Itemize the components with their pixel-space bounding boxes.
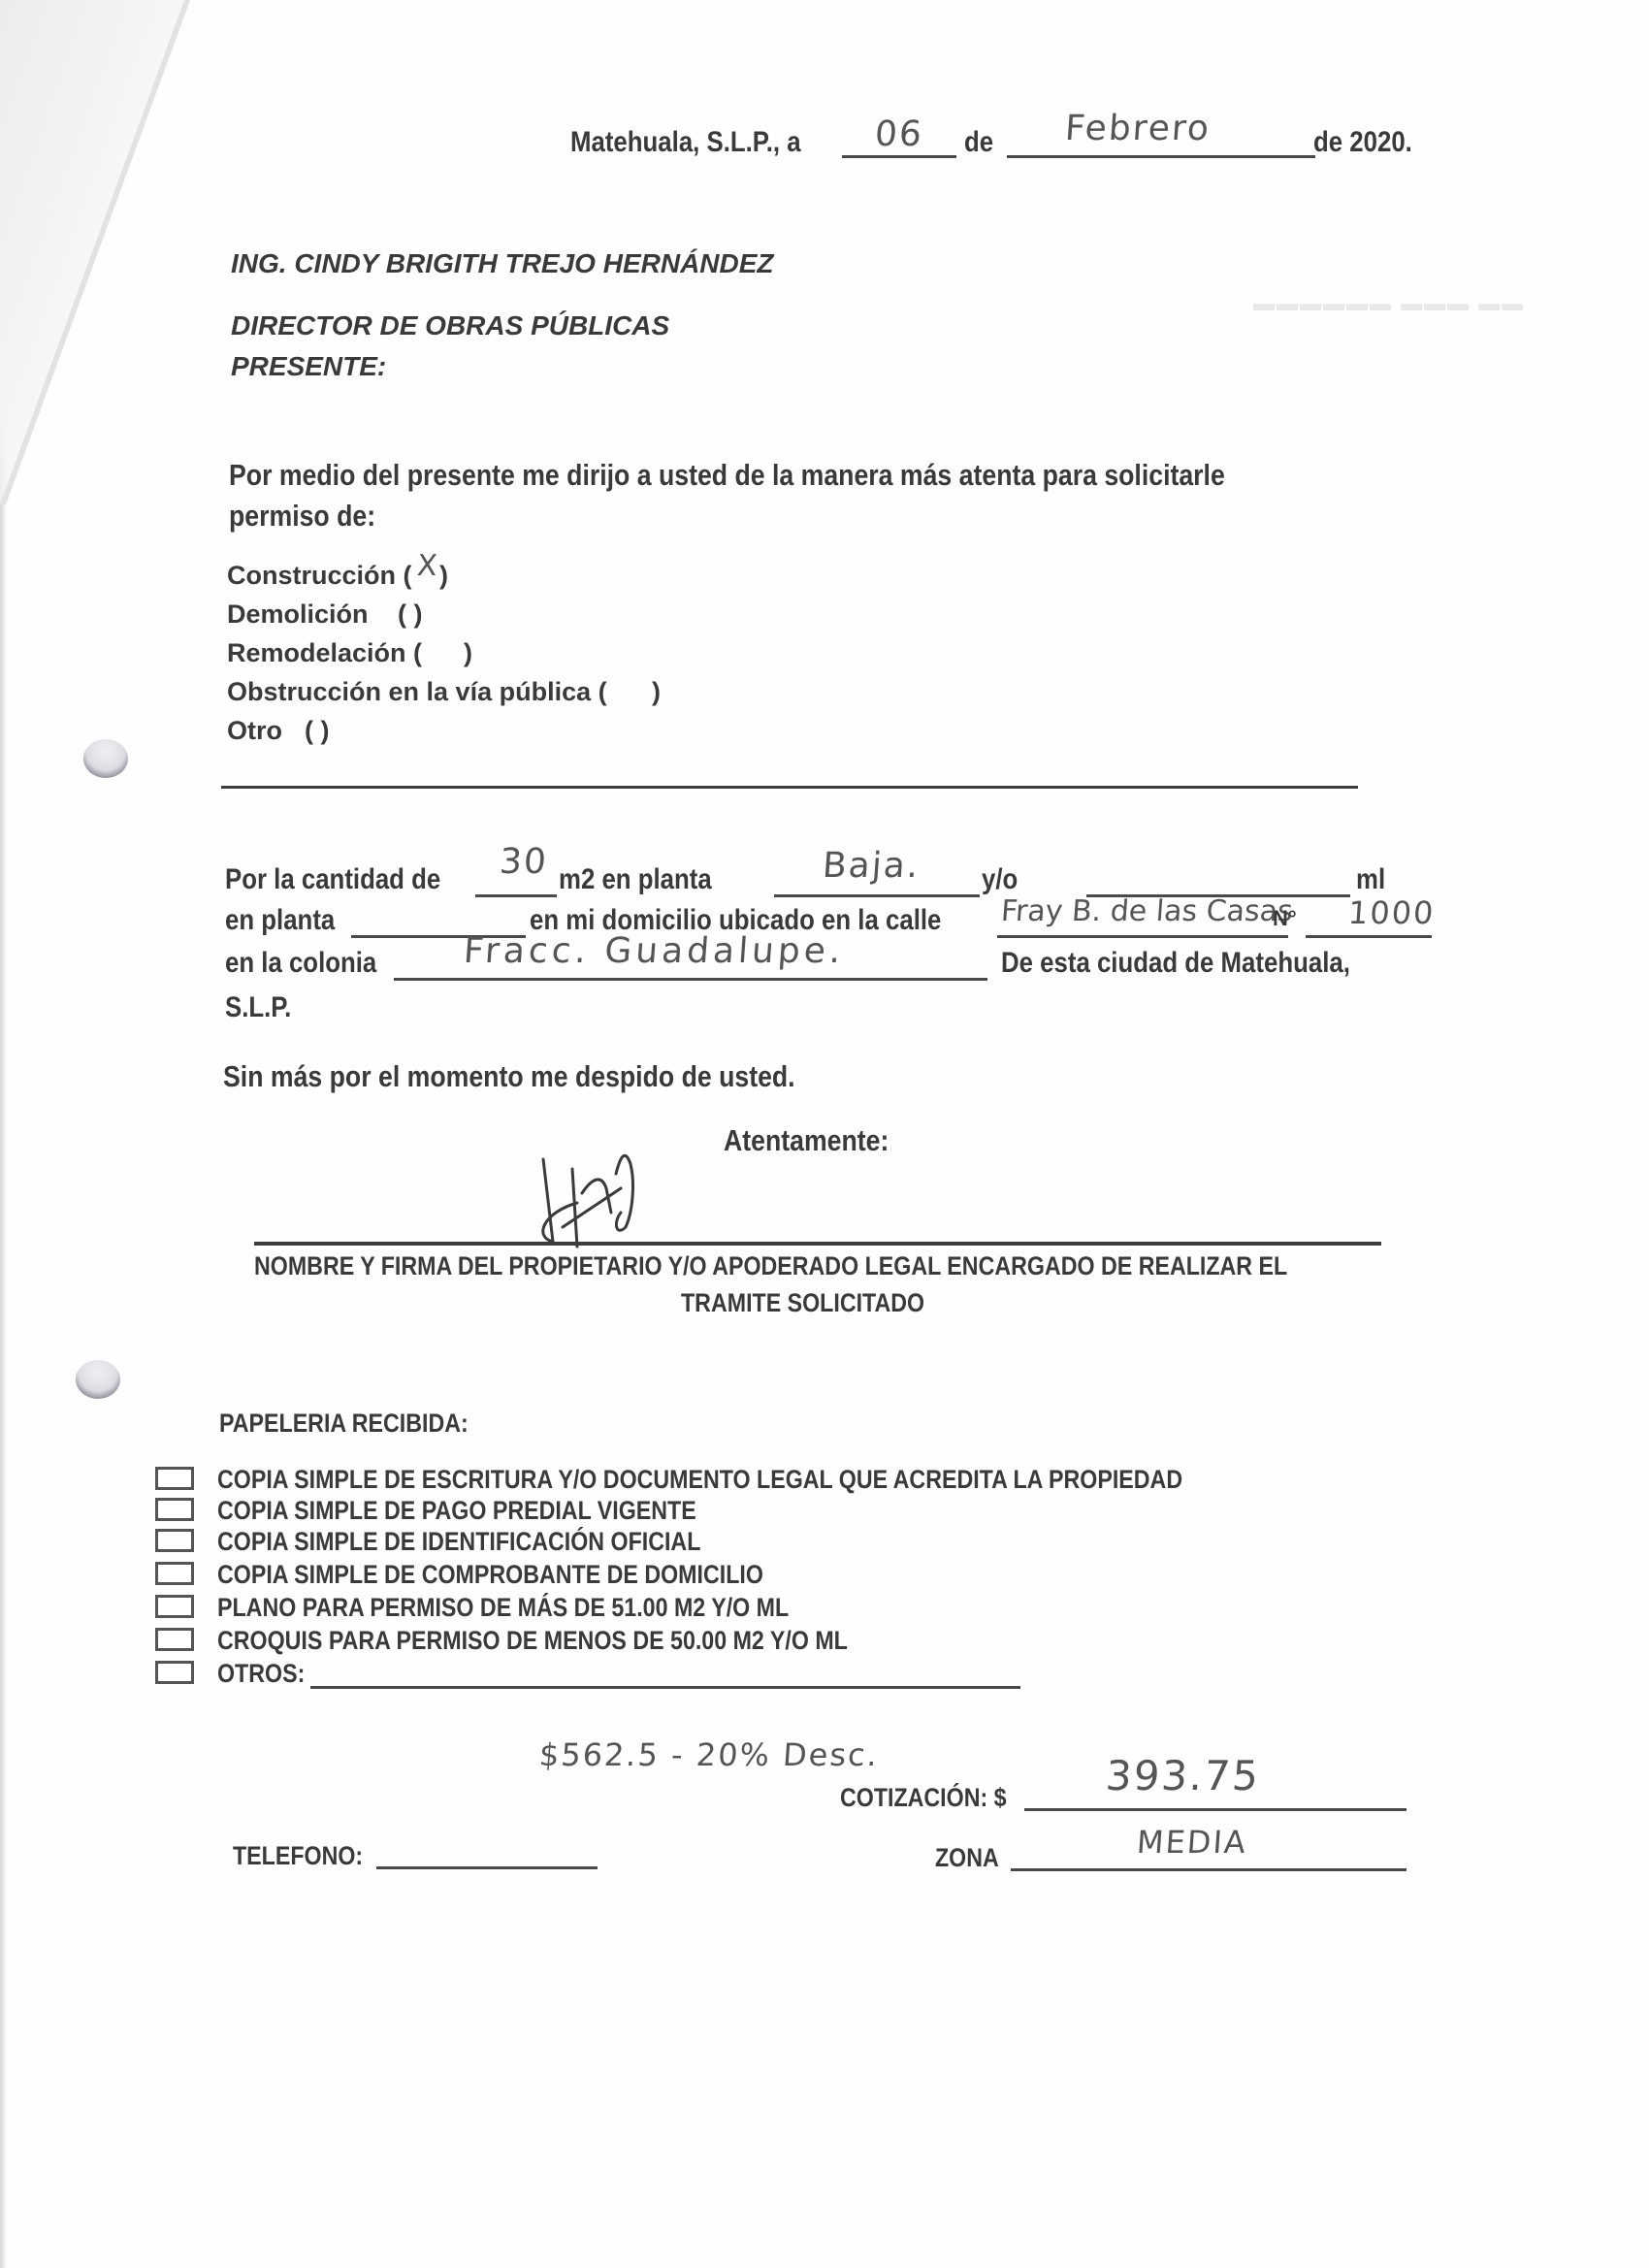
planta2-label: en planta	[225, 904, 335, 937]
permit-close: )	[652, 677, 661, 707]
place-prefix: Matehuala, S.L.P., a	[570, 126, 801, 159]
unit-planta-label: m2 en planta	[559, 863, 712, 896]
planta-value: Baja.	[822, 846, 921, 886]
number-value: 1000	[1347, 894, 1437, 931]
permit-label: Obstrucción en la vía pública (	[227, 677, 607, 707]
hole-punch-top	[83, 739, 128, 778]
checkbox[interactable]	[155, 1498, 194, 1521]
checkbox[interactable]	[155, 1628, 194, 1651]
ml-label: ml	[1356, 863, 1385, 896]
permit-label: Construcción (	[227, 561, 412, 591]
checkbox[interactable]	[155, 1595, 194, 1618]
hole-punch-bottom	[76, 1360, 120, 1399]
intro-line-2: permiso de:	[229, 499, 375, 534]
intro-line-1: Por medio del presente me dirijo a usted…	[229, 458, 1225, 493]
papeleria-label: COPIA SIMPLE DE COMPROBANTE DE DOMICILIO	[217, 1560, 763, 1590]
papeleria-heading: PAPELERIA RECIBIDA:	[219, 1409, 469, 1439]
signature-line[interactable]	[254, 1242, 1381, 1246]
city-suffix: De esta ciudad de Matehuala,	[1001, 947, 1350, 980]
papeleria-label: CROQUIS PARA PERMISO DE MENOS DE 50.00 M…	[217, 1626, 848, 1656]
papeleria-label: COPIA SIMPLE DE ESCRITURA Y/O DOCUMENTO …	[217, 1465, 1182, 1495]
telefono-field[interactable]	[376, 1866, 598, 1869]
colonia-label: en la colonia	[225, 947, 376, 980]
signature-icon	[524, 1135, 660, 1251]
yo-label: y/o	[982, 863, 1018, 896]
number-label: N°	[1273, 906, 1297, 931]
amount-value: 30	[499, 842, 550, 882]
permit-label: Otro	[227, 716, 282, 746]
checkbox[interactable]	[155, 1529, 194, 1552]
permit-label: Demolición	[227, 599, 369, 630]
addressee-title: DIRECTOR DE OBRAS PÚBLICAS	[231, 310, 669, 341]
month-field[interactable]	[1007, 155, 1315, 158]
day-value: 06	[874, 114, 925, 154]
checkbox[interactable]	[155, 1661, 194, 1684]
zona-label: ZONA	[935, 1843, 999, 1873]
checkbox[interactable]	[155, 1562, 194, 1585]
year-suffix: de 2020.	[1313, 126, 1412, 159]
telefono-label: TELEFONO:	[233, 1841, 363, 1871]
addressee-presente: PRESENTE:	[231, 351, 386, 382]
papeleria-label: COPIA SIMPLE DE IDENTIFICACIÓN OFICIAL	[217, 1527, 700, 1557]
papeleria-label: COPIA SIMPLE DE PAGO PREDIAL VIGENTE	[217, 1496, 696, 1526]
planta-field[interactable]	[774, 894, 980, 897]
otro-description-line[interactable]	[221, 786, 1358, 789]
permit-close: )	[439, 561, 448, 591]
cotizacion-value: 393.75	[1104, 1752, 1261, 1799]
addressee-name: ING. CINDY BRIGITH TREJO HERNÁNDEZ	[231, 248, 774, 279]
quantity-prefix: Por la cantidad de	[225, 863, 440, 896]
signature-caption-2: TRAMITE SOLICITADO	[681, 1288, 924, 1318]
colonia-value: Fracc. Guadalupe.	[463, 931, 846, 971]
permit-close: )	[464, 638, 472, 668]
month-value: Febrero	[1064, 109, 1212, 148]
state-label: S.L.P.	[225, 991, 291, 1024]
amount-field[interactable]	[475, 894, 557, 897]
checkbox[interactable]	[155, 1467, 194, 1490]
de-label: de	[964, 126, 993, 159]
permit-label: Remodelación (	[227, 638, 422, 668]
permit-checkbox: ( )	[398, 599, 422, 630]
farewell-text: Sin más por el momento me despido de ust…	[223, 1059, 795, 1094]
papeleria-label: PLANO PARA PERMISO DE MÁS DE 51.00 M2 Y/…	[217, 1593, 789, 1623]
number-field[interactable]	[1306, 935, 1432, 938]
cotizacion-label: COTIZACIÓN: $	[840, 1783, 1007, 1813]
papeleria-label: OTROS:	[217, 1659, 305, 1689]
colonia-field[interactable]	[394, 978, 987, 981]
street-field[interactable]	[997, 935, 1288, 938]
atentamente-label: Atentamente:	[724, 1123, 889, 1158]
zona-field[interactable]	[1011, 1868, 1406, 1871]
permit-checkbox: ( )	[305, 716, 329, 746]
otros-field[interactable]	[310, 1686, 1020, 1689]
bleed-through-text: ▬▬ ▬▬▬ ▬▬▬▬▬▬	[1251, 291, 1523, 316]
checkmark-x-icon: X	[416, 549, 440, 583]
cotizacion-field[interactable]	[1024, 1808, 1406, 1811]
handwritten-discount-note: $562.5 - 20% Desc.	[538, 1736, 881, 1773]
signature-caption-1: NOMBRE Y FIRMA DEL PROPIETARIO Y/O APODE…	[254, 1251, 1287, 1281]
zona-value: MEDIA	[1136, 1824, 1248, 1861]
street-value: Fray B. de las Casas	[1000, 894, 1294, 928]
day-field[interactable]	[842, 155, 956, 158]
scanned-page: ▬▬ ▬▬▬ ▬▬▬▬▬▬ Matehuala, S.L.P., a 06 de…	[0, 0, 1649, 2268]
